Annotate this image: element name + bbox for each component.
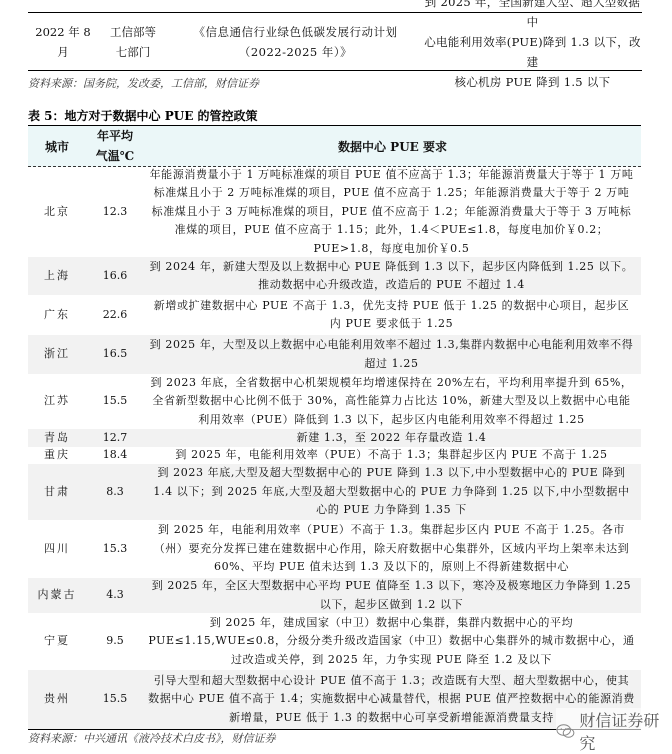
policy-content: 到 2025 年，全国新建大型、超大型数据中 心电能利用效率(PUE)降到 1.… — [423, 0, 642, 92]
content-line: 心电能利用效率(PUE)降到 1.3 以下，改建 — [423, 32, 642, 72]
row-temp: 15.3 — [86, 540, 144, 559]
row-requirement: 到 2025 年，全区大型数据中心平均 PUE 值降至 1.3 以下，寒冷及极寒… — [144, 576, 641, 615]
row-requirement: 新增或扩建数据中心 PUE 不高于 1.3，优先支持 PUE 低于 1.25 的… — [144, 296, 641, 335]
row-city: 四川 — [28, 540, 86, 559]
header-temp-line: 年平均 — [86, 126, 144, 146]
row-temp: 12.3 — [86, 203, 144, 222]
row-city: 贵州 — [28, 690, 86, 709]
row-city: 广东 — [28, 306, 86, 325]
wechat-icon — [556, 723, 575, 739]
table-row: 浙江 16.5 到 2025 年，大型及以上数据中心电能利用效率不超过 1.3,… — [28, 335, 641, 374]
table-row: 北京 12.3 年能源消费量小于 1 万吨标准煤的项目 PUE 值不应高于 1.… — [28, 167, 641, 257]
row-temp: 18.4 — [86, 446, 144, 465]
table-row: 四川 15.3 到 2025 年，电能利用效率（PUE）不高于 1.3。集群起步… — [28, 520, 641, 578]
policy-date: 2022 年 8 月 — [28, 22, 98, 62]
row-temp: 22.6 — [86, 306, 144, 325]
row-temp: 9.5 — [86, 632, 144, 651]
row-temp: 4.3 — [86, 586, 144, 605]
row-requirement: 年能源消费量小于 1 万吨标准煤的项目 PUE 值不应高于 1.3；年能源消费量… — [144, 165, 641, 260]
table-row: 贵州 15.5 引导大型和超大型数据中心设计 PUE 值不高于 1.3；改造既有… — [28, 670, 641, 729]
header-temp-line: 气温℃ — [86, 146, 144, 166]
row-city: 青岛 — [28, 429, 86, 448]
policy-summary-table: 2022 年 8 月 工信部等 七部门 《信息通信行业绿色低碳发展行动计划 （2… — [28, 12, 642, 71]
watermark-text: 财信证券研究 — [579, 708, 672, 754]
row-city: 宁夏 — [28, 632, 86, 651]
row-requirement: 到 2025 年，大型及以上数据中心电能利用效率不超过 1.3,集群内数据中心电… — [144, 335, 641, 374]
row-requirement: 到 2025 年，建成国家（中卫）数据中心集群，集群内数据中心的平均 PUE≤1… — [144, 613, 641, 671]
policy-issuer: 工信部等 七部门 — [98, 22, 168, 62]
row-city: 上海 — [28, 267, 86, 286]
row-temp: 15.5 — [86, 392, 144, 411]
row-temp: 16.6 — [86, 267, 144, 286]
table-row: 内蒙古 4.3 到 2025 年，全区大型数据中心平均 PUE 值降至 1.3 … — [28, 578, 641, 613]
row-requirement: 到 2023 年底,大型及超大型数据中心的 PUE 降到 1.3 以下,中小型数… — [144, 463, 641, 521]
row-temp: 12.7 — [86, 429, 144, 448]
table-header: 城市 年平均 气温℃ 数据中心 PUE 要求 — [28, 126, 641, 167]
table-caption: 表 5：地方对于数据中心 PUE 的管控政策 — [28, 107, 258, 124]
row-city: 江苏 — [28, 392, 86, 411]
pue-policy-table: 城市 年平均 气温℃ 数据中心 PUE 要求 北京 12.3 年能源消费量小于 … — [28, 125, 641, 730]
row-city: 内蒙古 — [28, 586, 86, 605]
issuer-line: 工信部等 — [98, 22, 168, 42]
row-temp: 8.3 — [86, 483, 144, 502]
table-row: 江苏 15.5 到 2023 年底，全省数据中心机架规模年均增速保持在 20%左… — [28, 374, 641, 429]
document-line: （2022-2025 年）》 — [168, 42, 423, 62]
policy-document: 《信息通信行业绿色低碳发展行动计划 （2022-2025 年）》 — [168, 22, 423, 62]
source-note-top: 资料来源：国务院，发改委，工信部，财信证券 — [28, 75, 259, 91]
row-requirement: 到 2025 年，电能利用效率（PUE）不高于 1.3。集群起步区内 PUE 不… — [144, 520, 641, 578]
issuer-line: 七部门 — [98, 42, 168, 62]
row-city: 浙江 — [28, 345, 86, 364]
source-note-bottom: 资料来源：中兴通讯《液冷技术白皮书》，财信证券 — [28, 730, 276, 746]
row-temp: 16.5 — [86, 345, 144, 364]
content-line: 到 2025 年，全国新建大型、超大型数据中 — [423, 0, 642, 32]
table-row: 广东 22.6 新增或扩建数据中心 PUE 不高于 1.3，优先支持 PUE 低… — [28, 295, 641, 335]
header-temp: 年平均 气温℃ — [86, 126, 144, 166]
document-line: 《信息通信行业绿色低碳发展行动计划 — [168, 22, 423, 42]
table-row: 上海 16.6 到 2024 年，新建大型及以上数据中心 PUE 降低到 1.3… — [28, 257, 641, 295]
row-city: 甘肃 — [28, 483, 86, 502]
row-requirement: 到 2023 年底，全省数据中心机架规模年均增速保持在 20%左右，平均利用率提… — [144, 373, 641, 431]
row-city: 重庆 — [28, 446, 86, 465]
watermark: 财信证券研究 — [556, 708, 672, 754]
header-city: 城市 — [28, 138, 86, 155]
content-line: 核心机房 PUE 降到 1.5 以下 — [423, 72, 642, 92]
row-temp: 15.5 — [86, 690, 144, 709]
table-row: 宁夏 9.5 到 2025 年，建成国家（中卫）数据中心集群，集群内数据中心的平… — [28, 613, 641, 670]
row-requirement: 到 2024 年，新建大型及以上数据中心 PUE 降低到 1.3 以下，起步区内… — [144, 257, 641, 296]
table-row: 重庆 18.4 到 2025 年，电能利用效率（PUE）不高于 1.3；集群起步… — [28, 447, 641, 464]
header-requirement: 数据中心 PUE 要求 — [144, 138, 641, 155]
row-city: 北京 — [28, 203, 86, 222]
table-row: 甘肃 8.3 到 2023 年底,大型及超大型数据中心的 PUE 降到 1.3 … — [28, 464, 641, 520]
